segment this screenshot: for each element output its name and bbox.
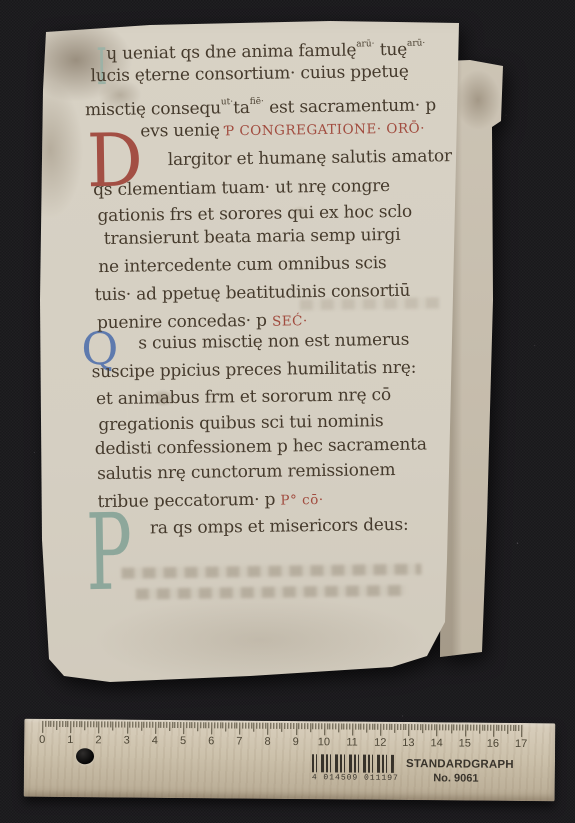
body-text: evs uenię (140, 120, 225, 141)
ruler-tick (287, 723, 288, 729)
ruler-tick (304, 723, 305, 729)
ruler-tick (440, 724, 441, 730)
ruler-tick (211, 722, 212, 734)
ruler-tick (408, 724, 409, 736)
ruler-tick (79, 721, 80, 727)
rubric-text: P° cō· (280, 492, 323, 509)
ruler-tick (217, 722, 218, 728)
ruler-tick (113, 721, 114, 730)
ruler-tick (332, 723, 333, 729)
manuscript-line: ne intercedente cum omnibus scis (98, 253, 387, 277)
body-text: lucis ęterne consortium· cuius ppetuę (90, 62, 408, 86)
body-text: et animabus frm et sororum nrę cō (96, 385, 391, 409)
manuscript-line: puenire concedas· p SEĆ· (97, 310, 308, 334)
rubric-text: SEĆ· (272, 313, 308, 329)
body-text: ra qs omps et misericors deus: (150, 515, 409, 539)
ruler-number: 11 (346, 736, 358, 748)
ruler-tick (338, 723, 339, 732)
ruler-tick (510, 725, 511, 731)
manuscript-line: et animabus frm et sororum nrę cō (96, 385, 391, 409)
ruler-tick (355, 724, 356, 730)
ruler-tick (62, 721, 63, 727)
ruler-tick (161, 722, 162, 728)
ruler-tick (163, 722, 164, 728)
ruler-tick (54, 721, 55, 727)
ruler-number: 2 (95, 734, 101, 746)
ruler-tick (465, 725, 466, 737)
ruler-number: 12 (374, 737, 386, 749)
ruler-tick (183, 722, 184, 734)
ruler-tick (403, 724, 404, 730)
manuscript-line: salutis nrę cunctorum remissionem (97, 460, 395, 484)
ruler-tick (85, 721, 86, 730)
ruler-tick (116, 721, 117, 727)
rubric-text: Ƥ CONGREGATIONE· ORŌ· (225, 121, 425, 140)
ruler-tick (270, 723, 271, 729)
ruler-tick (310, 723, 311, 732)
manuscript-line: transierunt beata maria semp uirgi (104, 225, 401, 249)
ruler-tick (239, 723, 240, 735)
ruler-tick (344, 723, 345, 729)
ruler-tick (237, 723, 238, 729)
ruler-tick (487, 725, 488, 731)
ruler-tick (276, 723, 277, 729)
ruler-tick (107, 721, 108, 727)
ruler-tick (214, 722, 215, 728)
body-text: salutis nrę cunctorum remissionem (97, 460, 395, 484)
ruler-tick (378, 724, 379, 730)
manuscript-line: ra qs omps et misericors deus: (150, 515, 409, 539)
ruler-tick (90, 721, 91, 727)
ruler-tick (76, 721, 77, 727)
ruler-tick (397, 724, 398, 730)
ruler-number: 9 (293, 736, 299, 748)
ruler-tick (99, 721, 100, 733)
ruler-tick (93, 721, 94, 727)
body-text: misctię consequ (85, 98, 221, 120)
ruler-tick (352, 724, 353, 736)
manuscript-line: gregationis quibus sci tui nominis (98, 411, 383, 435)
body-text: s cuius misctię non est numerus (138, 330, 409, 354)
ruler-tick (518, 725, 519, 731)
manuscript-line: ɥ ueniat qs dne anima famulęarū· tuęarū· (106, 34, 425, 64)
ruler-tick (400, 724, 401, 730)
ruler-brand: STANDARDGRAPH (406, 758, 506, 771)
ruler-tick (473, 725, 474, 731)
ruler-number: 13 (402, 737, 414, 749)
ruler-tick (279, 723, 280, 729)
ruler-tick (172, 722, 173, 728)
ruler-tick (206, 722, 207, 728)
ruler-tick (431, 724, 432, 730)
ruler-tick (456, 724, 457, 730)
ruler-tick (256, 723, 257, 729)
ruler-tick (175, 722, 176, 728)
ruler-tick (259, 723, 260, 729)
ruler-tick (285, 723, 286, 729)
ruler-tick (451, 724, 452, 733)
body-text: tuę (374, 40, 407, 60)
ruler-tick (448, 724, 449, 730)
ruler-tick (423, 724, 424, 733)
barcode-number: 4 014509 011197 (312, 773, 394, 783)
ruler-tick (135, 722, 136, 728)
manuscript-line: s cuius misctię non est numerus (138, 330, 409, 354)
ruler-tick (178, 722, 179, 728)
interlinear-gloss: arū· (407, 39, 425, 49)
ruler-tick (282, 723, 283, 732)
ruler-tick (428, 724, 429, 730)
ruler-tick (110, 721, 111, 727)
ruler-tick (124, 722, 125, 728)
body-text: qs clementiam tuam· ut nrę congre (93, 176, 390, 200)
body-text: est sacramentum· p (264, 95, 436, 117)
ruler-tick (372, 724, 373, 730)
ruler-tick (147, 722, 148, 728)
ruler-tick (434, 724, 435, 730)
ruler-tick (73, 721, 74, 727)
ruler-number: 0 (39, 734, 45, 746)
ruler-tick (442, 724, 443, 730)
ruler-tick (417, 724, 418, 730)
ruler-tick (42, 721, 43, 733)
ruler-tick (321, 723, 322, 729)
ruler-tick (101, 721, 102, 727)
ruler-tick (158, 722, 159, 728)
ruler-tick (459, 724, 460, 730)
barcode-bars (312, 754, 394, 773)
ruler-tick (516, 725, 517, 731)
ruler-tick (203, 722, 204, 728)
ruler-number: 3 (124, 735, 130, 747)
manuscript-line: largitor et humanę salutis amator (168, 146, 452, 170)
body-text: ta (233, 98, 250, 118)
interlinear-gloss: fiē· (250, 97, 264, 107)
ruler-tick (82, 721, 83, 727)
ruler-tick (48, 721, 49, 727)
ruler-tick (394, 724, 395, 733)
ruler-tick (127, 722, 128, 734)
ruler-tick (149, 722, 150, 728)
ruler-number: 10 (318, 736, 330, 748)
ruler-tick (341, 723, 342, 729)
ruler-tick (358, 724, 359, 730)
ruler-tick (324, 723, 325, 735)
ruler-model: No. 9061 (406, 772, 506, 785)
ruler-tick (437, 724, 438, 736)
ruler-tick (485, 725, 486, 731)
ruler-tick (141, 722, 142, 731)
ruler-tick (330, 723, 331, 729)
ruler-tick (121, 722, 122, 728)
ruler-tick (349, 724, 350, 730)
ruler-number: 5 (180, 735, 186, 747)
ruler-tick (152, 722, 153, 728)
ruler-tick (65, 721, 66, 727)
manuscript-line: lucis ęterne consortium· cuius ppetuę (90, 62, 408, 86)
ruler-tick (375, 724, 376, 730)
ruler-tick (301, 723, 302, 729)
body-text: transierunt beata maria semp uirgi (104, 225, 401, 249)
ruler-number: 7 (236, 736, 242, 748)
ruler-tick (406, 724, 407, 730)
ruler-tick (327, 723, 328, 729)
ruler-number: 14 (430, 737, 442, 749)
ruler-number: 6 (208, 735, 214, 747)
ruler-tick (482, 725, 483, 731)
ruler-tick (228, 722, 229, 728)
manuscript-line: tribue peccatorum· p P° cō· (97, 489, 323, 513)
body-text: suscipe ppicius preces humilitatis nrę: (92, 358, 417, 383)
ruler-tick (209, 722, 210, 728)
ruler-tick (254, 723, 255, 732)
ruler-tick (468, 725, 469, 731)
ruler-tick (242, 723, 243, 729)
interlinear-gloss: ut· (221, 97, 233, 107)
ruler-tick (138, 722, 139, 728)
ruler-tick (420, 724, 421, 730)
ruler-tick (96, 721, 97, 727)
ruler-tick (45, 721, 46, 727)
ruler-tick (223, 722, 224, 728)
ruler-tick (273, 723, 274, 729)
ruler-number: 4 (152, 735, 158, 747)
show-through-text (136, 585, 406, 600)
ruler-tick (251, 723, 252, 729)
ruler-tick (70, 721, 71, 733)
ruler-tick (411, 724, 412, 730)
ruler-tick (313, 723, 314, 729)
ruler-tick (386, 724, 387, 730)
ruler-tick (471, 725, 472, 731)
ruler-tick (335, 723, 336, 729)
ruler-tick (299, 723, 300, 729)
ruler-tick (347, 723, 348, 729)
ruler-tick (383, 724, 384, 730)
ruler-tick (380, 724, 381, 736)
photo-scene: I D Q P ɥ ueniat qs dne anima famulęarū·… (0, 0, 575, 823)
body-text: gationis frs et sorores qui ex hoc sclo (97, 202, 412, 226)
ruler-tick (493, 725, 494, 737)
ruler-number: 1 (67, 734, 73, 746)
ruler-tick (504, 725, 505, 731)
ruler-tick (363, 724, 364, 730)
body-text: gregationis quibus sci tui nominis (98, 411, 383, 435)
barcode: 4 014509 011197 (312, 754, 394, 783)
ruler-tick (296, 723, 297, 735)
ruler-tick (59, 721, 60, 727)
ruler-tick (366, 724, 367, 733)
ruler-tick (200, 722, 201, 728)
ruler-tick (454, 724, 455, 730)
ruler-tick (245, 723, 246, 729)
ruler-number: 16 (487, 738, 499, 750)
ruler-tick (462, 725, 463, 731)
ruler-tick (499, 725, 500, 731)
ruler: 01234567891011121314151617 4 014509 0111… (24, 719, 556, 802)
ruler-tick (68, 721, 69, 727)
ruler-tick (248, 723, 249, 729)
manuscript-line: dedisti confessionem p hec sacramenta (95, 435, 427, 460)
ruler-tick (155, 722, 156, 734)
ruler-tick (268, 723, 269, 735)
ruler-tick (318, 723, 319, 729)
body-text: puenire concedas· p (97, 311, 272, 333)
ruler-tick (192, 722, 193, 728)
ruler-tick (476, 725, 477, 731)
ruler-tick (293, 723, 294, 729)
ruler-tick (194, 722, 195, 728)
manuscript-leaves: I D Q P ɥ ueniat qs dne anima famulęarū·… (0, 0, 575, 823)
manuscript-line: qs clementiam tuam· ut nrę congre (93, 176, 390, 200)
ruler-tick (490, 725, 491, 731)
ruler-tick (225, 722, 226, 731)
manuscript-line: suscipe ppicius preces humilitatis nrę: (92, 358, 417, 383)
ruler-tick (234, 723, 235, 729)
manuscript-line: evs uenię Ƥ CONGREGATIONE· ORŌ· (140, 118, 425, 143)
ruler-tick (231, 722, 232, 728)
ruler-tick (144, 722, 145, 728)
ruler-number: 8 (264, 736, 270, 748)
ruler-tick (197, 722, 198, 731)
body-text: tribue peccatorum· p (97, 490, 280, 513)
ruler-tick (87, 721, 88, 727)
ruler-tick (132, 722, 133, 728)
ruler-brand-block: STANDARDGRAPH No. 9061 (406, 758, 506, 785)
body-text: ne intercedente cum omnibus scis (98, 253, 387, 277)
ruler-tick (220, 722, 221, 728)
ruler-tick (118, 722, 119, 728)
body-text: ɥ ueniat qs dne anima famulę (106, 40, 356, 63)
ruler-tick (389, 724, 390, 730)
ruler-tick (166, 722, 167, 728)
ruler-tick (307, 723, 308, 729)
ruler-tick (290, 723, 291, 729)
ruler-number: 17 (515, 738, 527, 750)
ruler-number: 15 (459, 737, 471, 749)
ruler-tick (513, 725, 514, 731)
manuscript-line: misctię consequut·tafiē· est sacramentum… (85, 89, 436, 120)
ruler-tick (180, 722, 181, 728)
manuscript-line: gationis frs et sorores qui ex hoc sclo (97, 202, 412, 226)
ruler-tick (186, 722, 187, 728)
ruler-tick (445, 724, 446, 730)
ruler-tick (56, 721, 57, 730)
ruler-hole (76, 748, 94, 764)
ruler-tick (507, 725, 508, 734)
interlinear-gloss: arū· (356, 39, 374, 49)
body-text: largitor et humanę salutis amator (168, 146, 452, 170)
ruler-tick (425, 724, 426, 730)
ruler-tick (189, 722, 190, 728)
initial-p: P (86, 502, 133, 608)
ruler-tick (521, 725, 522, 737)
ruler-tick (502, 725, 503, 731)
ruler-tick (369, 724, 370, 730)
ruler-tick (104, 721, 105, 727)
ruler-tick (265, 723, 266, 729)
ruler-tick (392, 724, 393, 730)
ruler-tick (262, 723, 263, 729)
ruler-tick (361, 724, 362, 730)
ruler-tick (51, 721, 52, 727)
ruler-tick (130, 722, 131, 728)
ruler-tick (414, 724, 415, 730)
show-through-text (121, 564, 421, 579)
ruler-tick (496, 725, 497, 731)
ruler-tick (479, 725, 480, 734)
ruler-tick (169, 722, 170, 731)
ruler-tick (316, 723, 317, 729)
body-text: dedisti confessionem p hec sacramenta (95, 435, 427, 460)
